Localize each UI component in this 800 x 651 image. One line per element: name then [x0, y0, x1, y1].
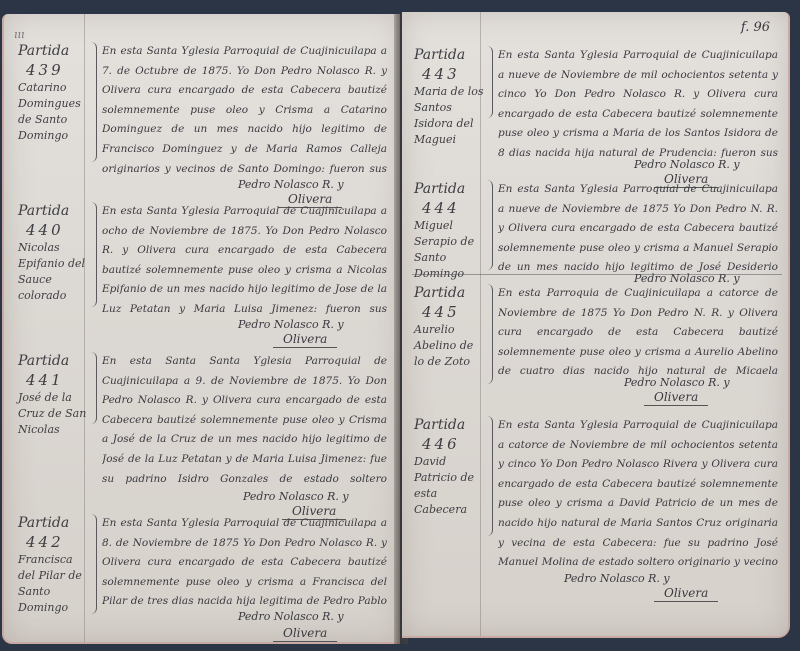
entry-signature: Pedro Nolasco R. y [624, 376, 730, 389]
entry-title: Partida [414, 180, 484, 199]
entry-brace [486, 284, 493, 384]
entry-name: David Patricio de esta Cabecera [414, 454, 484, 518]
entry-number: 441 [18, 371, 88, 390]
entry-number: 443 [414, 65, 484, 84]
entry-signature: Pedro Nolasco R. y [243, 490, 349, 503]
entry-444: Partida 444 Miguel Serapio de Santo Domi… [414, 180, 774, 285]
entry-text: En esta Santa Yglesia Parroquial de Cuaj… [102, 202, 387, 320]
entry-margin: Partida 446 David Patricio de esta Cabec… [414, 416, 484, 518]
entry-name: Nicolas Epifanio del Sauce colorado [18, 240, 88, 304]
right-page: f. 96 Partida 443 Maria de los Santos Is… [402, 12, 790, 638]
entry-441: Partida 441 José de la Cruz de San Nicol… [18, 352, 390, 492]
entry-name: Catarino Domingues de Santo Domingo [18, 80, 88, 144]
entry-brace [90, 514, 97, 614]
entry-signature: Pedro Nolasco R. y [238, 318, 344, 331]
folio-number: f. 96 [741, 20, 770, 35]
entry-text: En esta Santa Santa Yglesia Parroquial d… [102, 352, 387, 490]
entry-text: En esta Parroquia de Cuajinicuilapa a ca… [498, 284, 778, 382]
entry-margin: Partida 441 José de la Cruz de San Nicol… [18, 352, 88, 438]
entry-brace [90, 352, 97, 424]
entry-442: Partida 442 Francisca del Pilar de Santo… [18, 514, 390, 634]
entry-title: Partida [18, 514, 88, 533]
entry-signature: Pedro Nolasco R. y [564, 572, 670, 585]
entry-margin: Partida 445 Aurelio Abelino de lo de Zot… [414, 284, 484, 370]
entry-440: Partida 440 Nicolas Epifanio del Sauce c… [18, 202, 390, 337]
entry-text: En esta Santa Yglesia Parroquial de Cuaj… [102, 514, 387, 612]
entry-divider [412, 274, 782, 275]
entry-439: Partida 439 Catarino Domingues de Santo … [18, 42, 390, 190]
entry-brace [90, 42, 97, 162]
entry-margin: Partida 443 Maria de los Santos Isidora … [414, 46, 484, 148]
register-book: ııı Partida 439 Catarino Domingues de Sa… [0, 8, 800, 648]
entry-rubric: Olivera [273, 626, 337, 642]
entry-signature: Pedro Nolasco R. y [634, 158, 740, 171]
entry-text: En esta Santa Yglesia Parroquial de Cuaj… [102, 42, 387, 180]
entry-brace [90, 202, 97, 307]
entry-brace [486, 46, 493, 118]
entry-number: 445 [414, 303, 484, 322]
entry-number: 446 [414, 435, 484, 454]
left-page: ııı Partida 439 Catarino Domingues de Sa… [2, 14, 400, 644]
entry-text: En esta Santa Yglesia Parroquial de Cuaj… [498, 180, 778, 278]
entry-margin: Partida 444 Miguel Serapio de Santo Domi… [414, 180, 484, 282]
entry-title: Partida [18, 352, 88, 371]
entry-rubric: Olivera [644, 390, 708, 406]
entry-443: Partida 443 Maria de los Santos Isidora … [414, 46, 774, 176]
entry-title: Partida [18, 42, 88, 61]
entry-number: 442 [18, 533, 88, 552]
entry-title: Partida [18, 202, 88, 221]
entry-margin: Partida 440 Nicolas Epifanio del Sauce c… [18, 202, 88, 304]
entry-brace [486, 416, 493, 536]
entry-name: Maria de los Santos Isidora del Maguei [414, 84, 484, 148]
entry-rubric: Olivera [273, 332, 337, 348]
entry-margin: Partida 439 Catarino Domingues de Santo … [18, 42, 88, 144]
entry-number: 444 [414, 199, 484, 218]
entry-title: Partida [414, 416, 484, 435]
entry-446: Partida 446 David Patricio de esta Cabec… [414, 416, 774, 596]
entry-name: Francisca del Pilar de Santo Domingo [18, 552, 88, 616]
entry-brace [486, 180, 493, 270]
entry-margin: Partida 442 Francisca del Pilar de Santo… [18, 514, 88, 616]
entry-signature: Pedro Nolasco R. y [238, 178, 344, 191]
entry-number: 439 [18, 61, 88, 80]
entry-number: 440 [18, 221, 88, 240]
entry-name: José de la Cruz de San Nicolas [18, 390, 88, 438]
entry-text: En esta Santa Yglesia Parroquial de Cuaj… [498, 416, 778, 574]
entry-name: Aurelio Abelino de lo de Zoto [414, 322, 484, 370]
entry-text: En esta Santa Yglesia Parroquial de Cuaj… [498, 46, 778, 164]
entry-rubric: Olivera [654, 586, 718, 602]
entry-title: Partida [414, 46, 484, 65]
entry-title: Partida [414, 284, 484, 303]
entry-name: Miguel Serapio de Santo Domingo [414, 218, 484, 282]
entry-445: Partida 445 Aurelio Abelino de lo de Zot… [414, 284, 774, 394]
corner-mark: ııı [14, 28, 25, 41]
entry-signature: Pedro Nolasco R. y [238, 610, 344, 623]
